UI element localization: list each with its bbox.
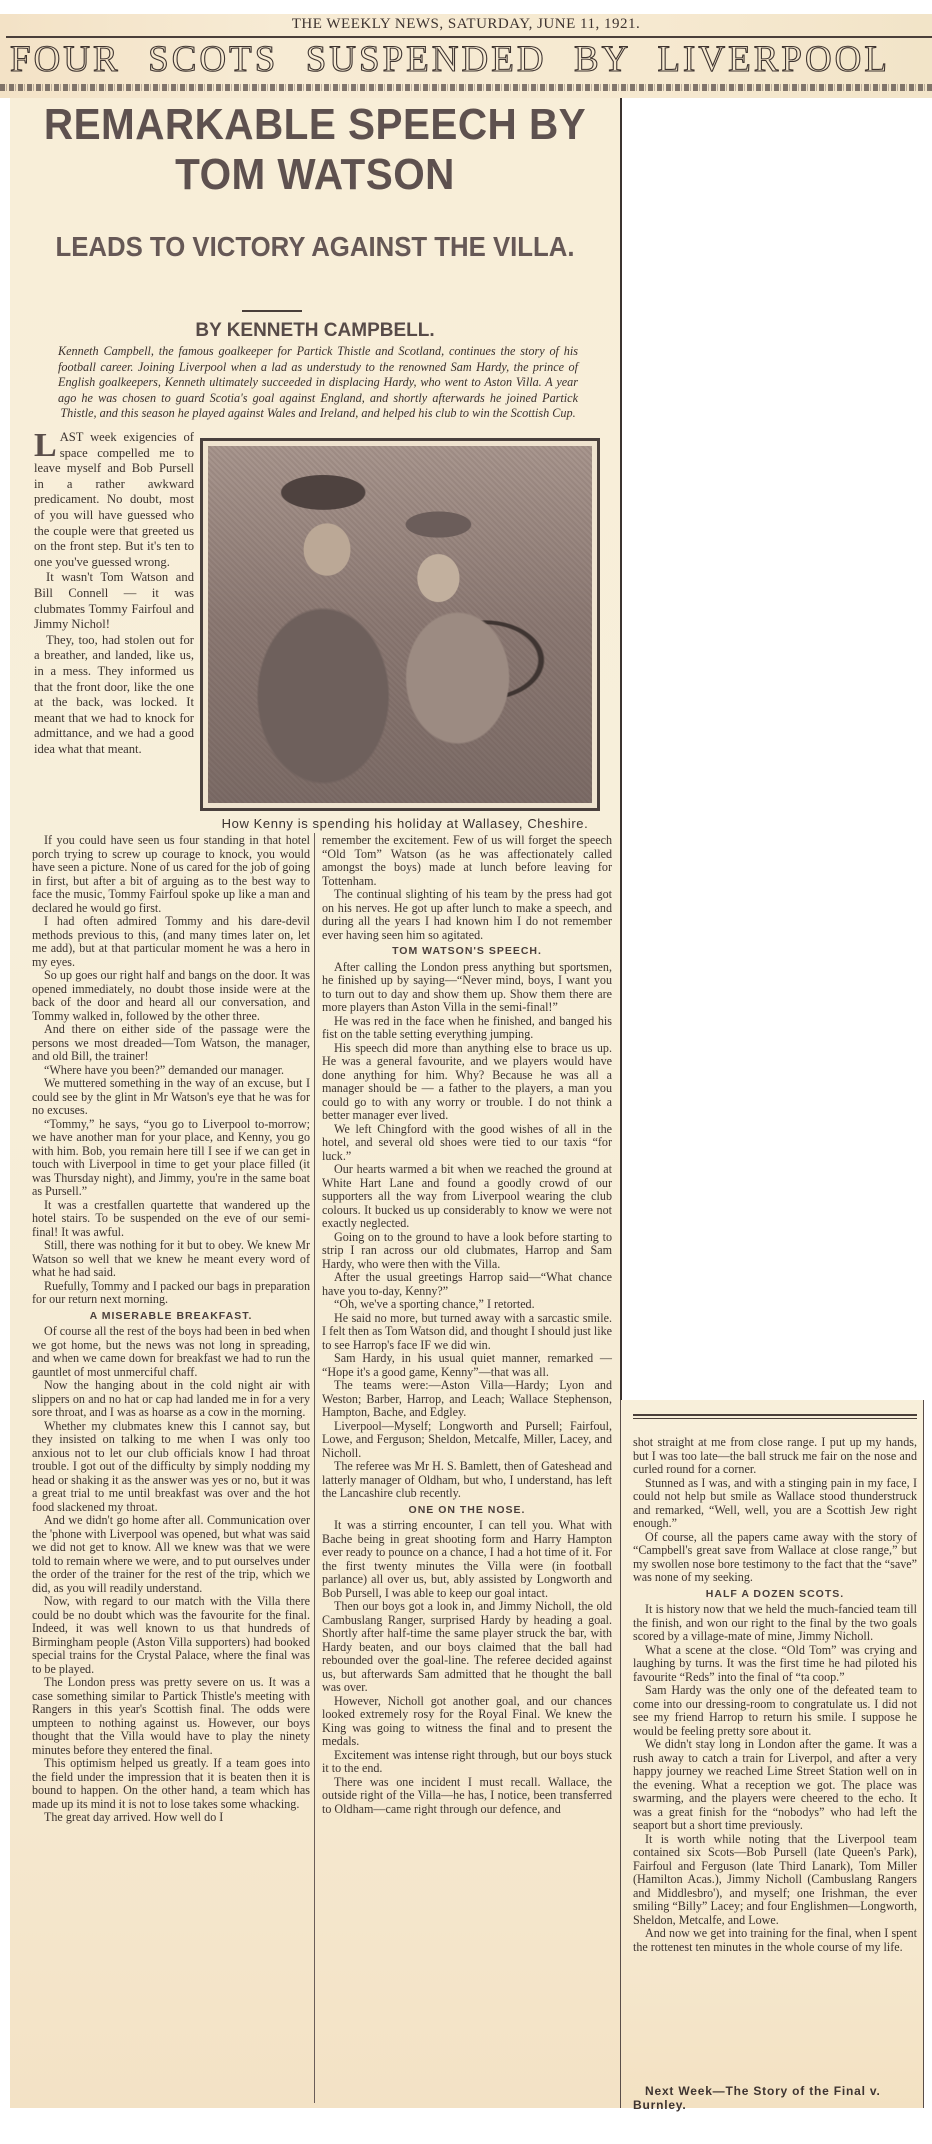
opening-paragraphs: AST week exigencies of space compelled m… bbox=[34, 430, 194, 757]
section-heading: HALF A DOZEN SCOTS. bbox=[633, 1588, 917, 1602]
next-week-wrap: Next Week—The Story of the Final v. Burn… bbox=[633, 2084, 917, 2112]
column-divider bbox=[314, 833, 315, 2103]
paragraph: It wasn't Tom Watson and Bill Connell — … bbox=[34, 570, 194, 632]
column-c: shot straight at me from close range. I … bbox=[633, 1436, 917, 1954]
section-heading: ONE ON THE NOSE. bbox=[322, 1504, 612, 1518]
paragraph: They, too, had stolen out for a breather… bbox=[34, 633, 194, 758]
subheadline: LEADS TO VICTORY AGAINST THE VILLA. bbox=[34, 230, 595, 264]
paragraph: He was red in the face when he finished,… bbox=[322, 1015, 612, 1042]
column-a: If you could have seen us four standing … bbox=[32, 834, 310, 1825]
paragraph: It is worth while noting that the Liverp… bbox=[633, 1833, 917, 1928]
paragraph: The referee was Mr H. S. Bamlett, then o… bbox=[322, 1460, 612, 1501]
paragraph: “Oh, we've a sporting chance,” I retorte… bbox=[322, 1298, 612, 1312]
section-heading: TOM WATSON'S SPEECH. bbox=[322, 945, 612, 959]
paragraph: After the usual greetings Harrop said—“W… bbox=[322, 1271, 612, 1298]
paragraph: “Where have you been?” demanded our mana… bbox=[32, 1064, 310, 1078]
paragraph: And we didn't go home after all. Communi… bbox=[32, 1514, 310, 1595]
banner-headline: FOUR SCOTS SUSPENDED BY LIVERPOOL bbox=[10, 38, 890, 81]
paragraph: Then our boys got a look in, and Jimmy N… bbox=[322, 1600, 612, 1695]
paragraph: Now, with regard to our match with the V… bbox=[32, 1595, 310, 1676]
paragraph: We didn't stay long in London after the … bbox=[633, 1738, 917, 1833]
paragraph: The great day arrived. How well do I bbox=[32, 1811, 310, 1825]
photo-icon bbox=[208, 446, 592, 803]
paragraph: However, Nicholl got another goal, and o… bbox=[322, 1695, 612, 1749]
panel-rule bbox=[633, 1414, 917, 1419]
headline: REMARKABLE SPEECH BY TOM WATSON bbox=[34, 100, 595, 200]
paragraph: After calling the London press anything … bbox=[322, 961, 612, 1015]
paragraph: It is history now that we held the much-… bbox=[633, 1603, 917, 1644]
article-clipping: REMARKABLE SPEECH BY TOM WATSON LEADS TO… bbox=[10, 98, 622, 2108]
byline: BY KENNETH CAMPBELL. bbox=[10, 320, 620, 342]
photo-frame bbox=[200, 438, 600, 811]
paragraph: Excitement was intense right through, bu… bbox=[322, 1749, 612, 1776]
paragraph: It was a stirring encounter, I can tell … bbox=[322, 1519, 612, 1600]
paragraph: Still, there was nothing for it but to o… bbox=[32, 1239, 310, 1280]
masthead: THE WEEKLY NEWS, SATURDAY, JUNE 11, 1921… bbox=[0, 14, 932, 98]
paragraph: shot straight at me from close range. I … bbox=[633, 1436, 917, 1477]
paragraph: And now we get into training for the fin… bbox=[633, 1927, 917, 1954]
dateline: THE WEEKLY NEWS, SATURDAY, JUNE 11, 1921… bbox=[0, 16, 932, 33]
continuation-panel: shot straight at me from close range. I … bbox=[620, 1400, 924, 2108]
paragraph: Sam Hardy, in his usual quiet manner, re… bbox=[322, 1352, 612, 1379]
column-b: remember the excitement. Few of us will … bbox=[322, 834, 612, 1816]
paragraph: remember the excitement. Few of us will … bbox=[322, 834, 612, 888]
paragraph: Going on to the ground to have a look be… bbox=[322, 1231, 612, 1272]
standfirst: Kenneth Campbell, the famous goalkeeper … bbox=[58, 344, 578, 422]
paragraph: His speech did more than anything else t… bbox=[322, 1042, 612, 1123]
paragraph: “Tommy,” he says, “you go to Liverpool t… bbox=[32, 1118, 310, 1199]
paragraph: What a scene at the close. “Old Tom” was… bbox=[633, 1644, 917, 1685]
paragraph: Now the hanging about in the cold night … bbox=[32, 1379, 310, 1420]
paragraph: The London press was pretty severe on us… bbox=[32, 1676, 310, 1757]
paragraph: The continual slighting of his team by t… bbox=[322, 888, 612, 942]
paragraph: He said no more, but turned away with a … bbox=[322, 1312, 612, 1353]
paragraph: Of course all the rest of the boys had b… bbox=[32, 1325, 310, 1379]
paragraph: Liverpool—Myself; Longworth and Pursell;… bbox=[322, 1420, 612, 1461]
column-opening: L AST week exigencies of space compelled… bbox=[34, 430, 194, 757]
paragraph: I had often admired Tommy and his dare-d… bbox=[32, 915, 310, 969]
paragraph: Stunned as I was, and with a stinging pa… bbox=[633, 1477, 917, 1531]
paragraph: So up goes our right half and bangs on t… bbox=[32, 969, 310, 1023]
ornamental-border bbox=[0, 84, 932, 91]
paragraph: Whether my clubmates knew this I cannot … bbox=[32, 1420, 310, 1515]
paragraph: We muttered something in the way of an e… bbox=[32, 1077, 310, 1118]
dropcap: L bbox=[34, 432, 60, 460]
paragraph: Sam Hardy was the only one of the defeat… bbox=[633, 1684, 917, 1738]
paragraph: This optimism helped us greatly. If a te… bbox=[32, 1757, 310, 1811]
next-week-teaser: Next Week—The Story of the Final v. Burn… bbox=[633, 2085, 917, 2112]
paragraph: Our hearts warmed a bit when we reached … bbox=[322, 1163, 612, 1231]
paragraph: Of course, all the papers came away with… bbox=[633, 1531, 917, 1585]
photo-caption: How Kenny is spending his holiday at Wal… bbox=[200, 816, 610, 831]
paragraph: And there on either side of the passage … bbox=[32, 1023, 310, 1064]
headline-rule bbox=[242, 310, 302, 312]
paragraph: It was a crestfallen quartette that wand… bbox=[32, 1199, 310, 1240]
paragraph: We left Chingford with the good wishes o… bbox=[322, 1123, 612, 1164]
paragraph: There was one incident I must recall. Wa… bbox=[322, 1776, 612, 1817]
paragraph: The teams were:—Aston Villa—Hardy; Lyon … bbox=[322, 1379, 612, 1420]
paragraph: Ruefully, Tommy and I packed our bags in… bbox=[32, 1280, 310, 1307]
paragraph: If you could have seen us four standing … bbox=[32, 834, 310, 915]
section-heading: A MISERABLE BREAKFAST. bbox=[32, 1310, 310, 1324]
